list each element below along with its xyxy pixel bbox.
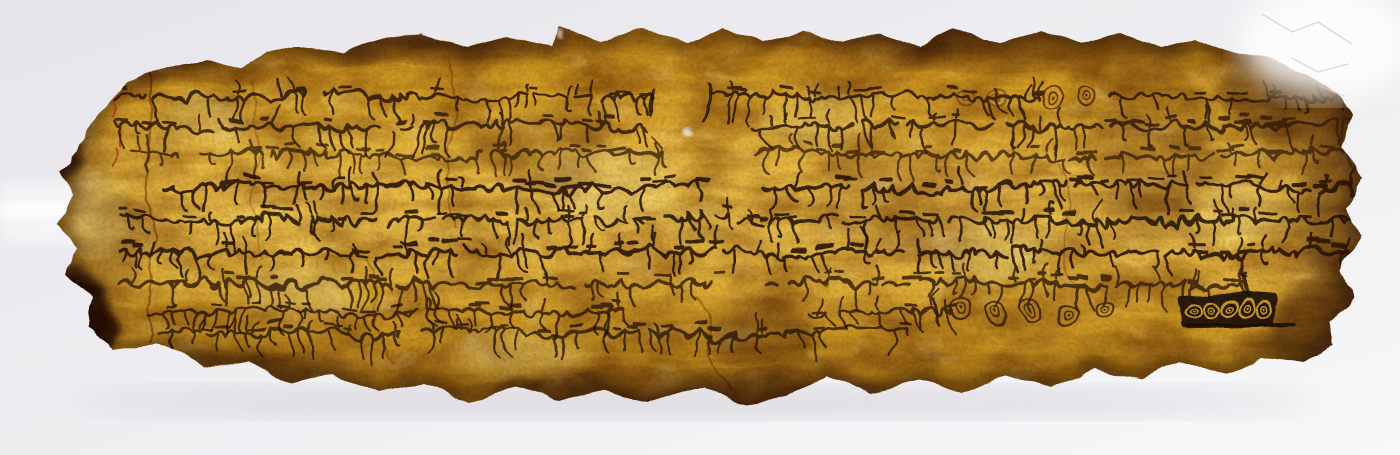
manuscript-photograph (0, 0, 1400, 455)
photo-scene (0, 0, 1400, 455)
